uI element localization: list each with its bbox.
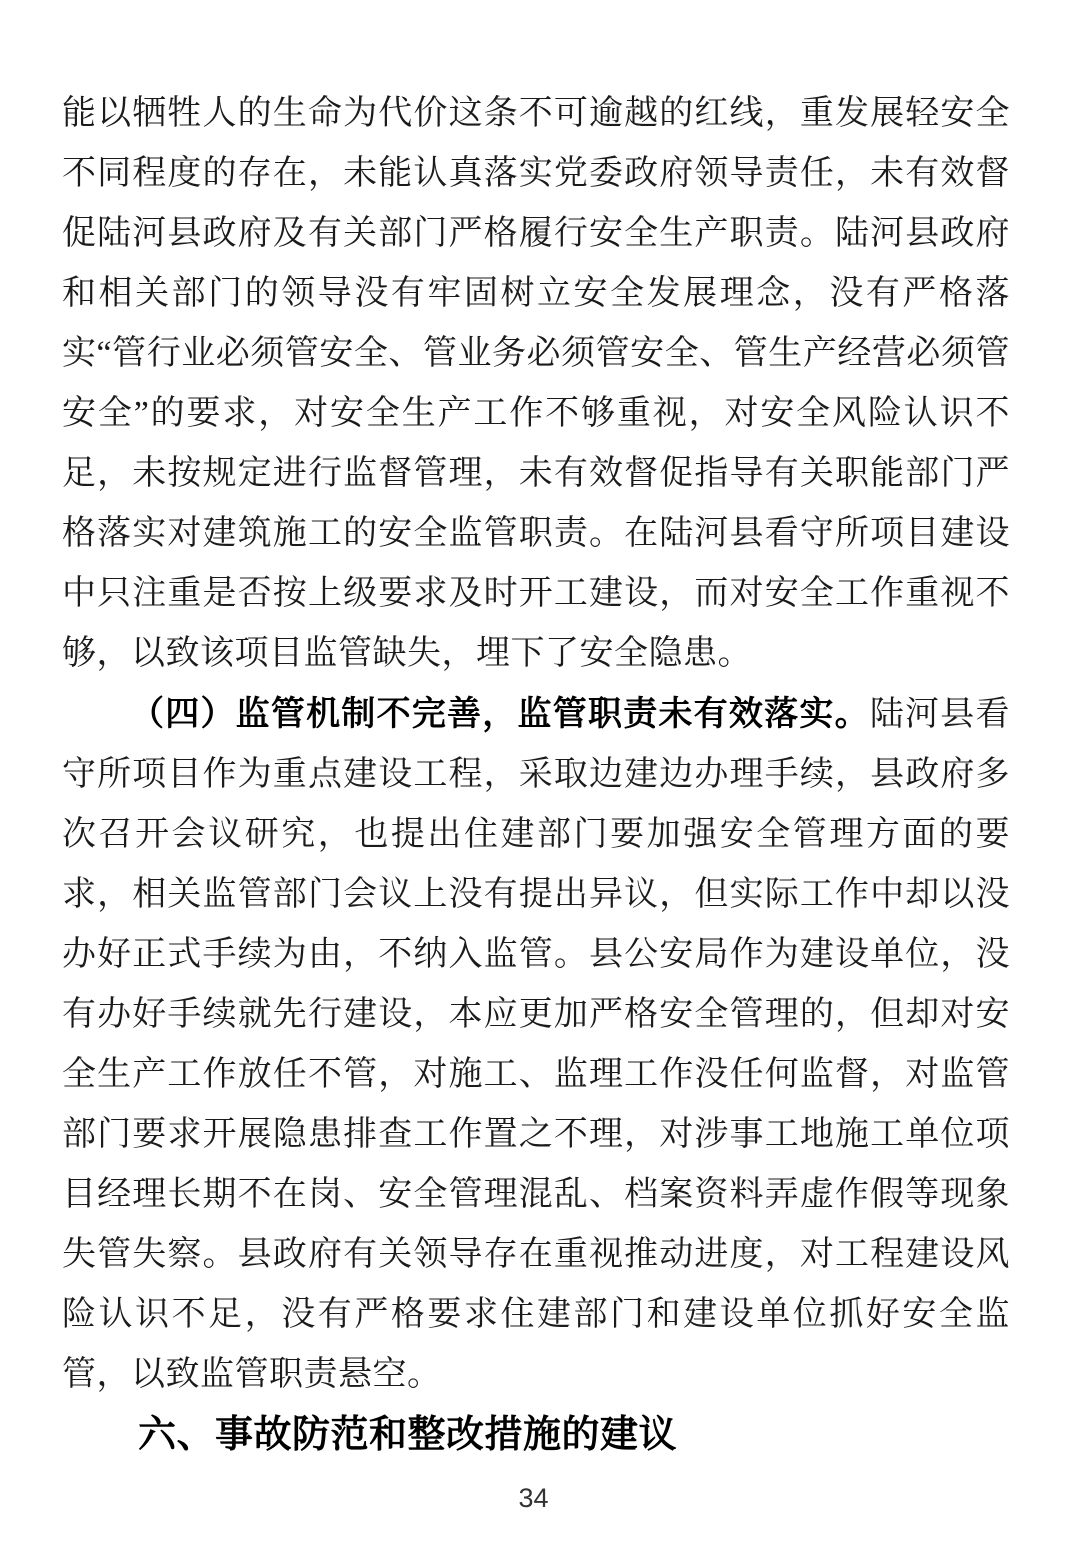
paragraph-continuation-text: 能以牺牲人的生命为代价这条不可逾越的红线，重发展轻安全不同程度的存在，未能认真落… [62,95,1010,672]
section-six-heading: 六、事故防范和整改措施的建议 [62,1405,1010,1465]
paragraph-section-four: （四）监管机制不完善，监管职责未有效落实。陆河县看守所项目作为重点建设工程，采取… [62,684,1010,1405]
section-four-bold-lead: （四）监管机制不完善，监管职责未有效落实。 [130,695,870,733]
page-number: 34 [0,1478,1067,1518]
paragraph-continuation: 能以牺牲人的生命为代价这条不可逾越的红线，重发展轻安全不同程度的存在，未能认真落… [62,84,1010,684]
paragraph-section-four-text: 陆河县看守所项目作为重点建设工程，采取边建边办理手续，县政府多次召开会议研究，也… [62,696,1010,1393]
document-body: 能以牺牲人的生命为代价这条不可逾越的红线，重发展轻安全不同程度的存在，未能认真落… [62,84,1010,1465]
document-page: 能以牺牲人的生命为代价这条不可逾越的红线，重发展轻安全不同程度的存在，未能认真落… [0,0,1067,1541]
